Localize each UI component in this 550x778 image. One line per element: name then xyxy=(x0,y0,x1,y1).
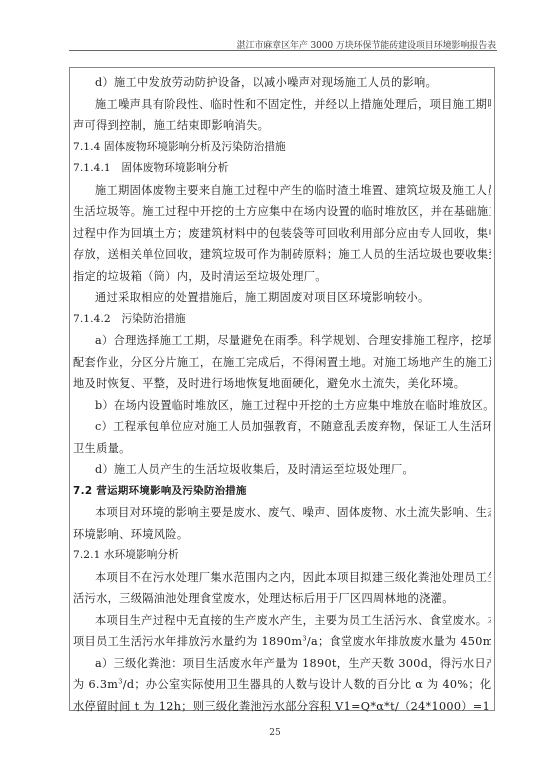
paragraph-line: 项目员工生活污水年排放污水量约为 1890m3/a；食堂废水年排放废水量为 45… xyxy=(73,631,491,653)
section-heading: 7.1.4 固体废物环境影响分析及污染防治措施 xyxy=(73,137,491,159)
paragraph-line: a）三级化粪池：项目生活废水年产量为 1890t，生产天数 300d，得污水日产… xyxy=(73,653,491,675)
paragraph-line: 声可得到控制，施工结束即影响消失。 xyxy=(73,115,491,137)
line-text: a）三级化粪池：项目生活废水年产量为 1890t，生产天数 300d，得污水日产… xyxy=(95,657,491,670)
line-text: 水停留时间 t 为 12h；则三级化粪池污水部分容积 V1=Q*α*t/（24*… xyxy=(73,700,491,713)
paragraph-line: a）合理选择施工工期，尽量避免在雨季。科学规划、合理安排施工程序，挖填方 xyxy=(73,330,491,352)
paragraph-line: 水停留时间 t 为 12h；则三级化粪池污水部分容积 V1=Q*α*t/（24*… xyxy=(73,696,491,718)
line-text: /a；食堂废水年排放废水量为 450m xyxy=(307,635,491,648)
paragraph-line: 配套作业，分区分片施工，在施工完成后，不得闲置土地。对施工场地产生的施工迹 xyxy=(73,352,491,374)
line-text: 为 6.3m xyxy=(73,678,118,691)
paragraph-line: 为 6.3m3/d；办公室实际使用卫生器具的人数与设计人数的百分比 α 为 40… xyxy=(73,674,491,696)
content-box: d）施工中发放劳动防护设备，以减小噪声对现场施工人员的影响。施工噪声具有阶段性、… xyxy=(69,67,495,711)
paragraph-line: 环境影响、环境风险。 xyxy=(73,524,491,546)
paragraph-line: 通过采取相应的处置措施后，施工期固废对项目区环境影响较小。 xyxy=(73,287,491,309)
paragraph-line: 卫生质量。 xyxy=(73,438,491,460)
paragraph-line: 过程中作为回填土方；废建筑材料中的包装袋等可回收利用部分应由专人回收，集中 xyxy=(73,223,491,245)
paragraph-line: 本项目不在污水处理厂集水范围内之内，因此本项目拟建三级化粪池处理员工生 xyxy=(73,567,491,589)
paragraph-line: 指定的垃圾箱（筒）内，及时清运至垃圾处理厂。 xyxy=(73,266,491,288)
line-text: /d；办公室实际使用卫生器具的人数与设计人数的百分比 α 为 40%；化粪池污 xyxy=(123,678,491,691)
header-rule xyxy=(69,50,497,51)
page-number: 25 xyxy=(0,728,550,738)
paragraph-line: b）在场内设置临时堆放区，施工过程中开挖的土方应集中堆放在临时堆放区。 xyxy=(73,395,491,417)
paragraph-line: d）施工人员产生的生活垃圾收集后，及时清运至垃圾处理厂。 xyxy=(73,459,491,481)
paragraph-line: 地及时恢复、平整，及时进行场地恢复地面硬化，避免水土流失，美化环境。 xyxy=(73,373,491,395)
body-lines: d）施工中发放劳动防护设备，以减小噪声对现场施工人员的影响。施工噪声具有阶段性、… xyxy=(73,72,491,631)
section-heading: 7.1.4.2 污染防治措施 xyxy=(73,309,491,331)
paragraph-line: c）工程承包单位应对施工人员加强教育，不随意乱丢废弃物，保证工人生活环境 xyxy=(73,416,491,438)
section-heading: 7.1.4.1 固体废物环境影响分析 xyxy=(73,158,491,180)
paragraph-line: 活污水，三级隔油池处理食堂废水，处理达标后用于厂区四周林地的浇灌。 xyxy=(73,588,491,610)
paragraph-line: 存放，送相关单位回收，建筑垃圾可作为制砖原料；施工人员的生活垃圾也要收集到 xyxy=(73,244,491,266)
paragraph-line: 本项目对环境的影响主要是废水、废气、噪声、固体废物、水土流失影响、生态 xyxy=(73,502,491,524)
paragraph-line: 本项目生产过程中无直接的生产废水产生，主要为员工生活污水、食堂废水。本 xyxy=(73,610,491,632)
line-text: 项目员工生活污水年排放污水量约为 1890m xyxy=(73,635,302,648)
paragraph-line: 施工期固体废物主要来自施工过程中产生的临时渣土堆置、建筑垃圾及施工人员 xyxy=(73,180,491,202)
section-heading: 7.2 营运期环境影响及污染防治措施 xyxy=(73,481,491,503)
paragraph-line: d）施工中发放劳动防护设备，以减小噪声对现场施工人员的影响。 xyxy=(73,72,491,94)
section-heading: 7.2.1 水环境影响分析 xyxy=(73,545,491,567)
paragraph-line: 生活垃圾等。施工过程中开挖的土方应集中在场内设置的临时堆放区，并在基础施工 xyxy=(73,201,491,223)
paragraph-line: 施工噪声具有阶段性、临时性和不固定性，并经以上措施处理后，项目施工期噪 xyxy=(73,94,491,116)
